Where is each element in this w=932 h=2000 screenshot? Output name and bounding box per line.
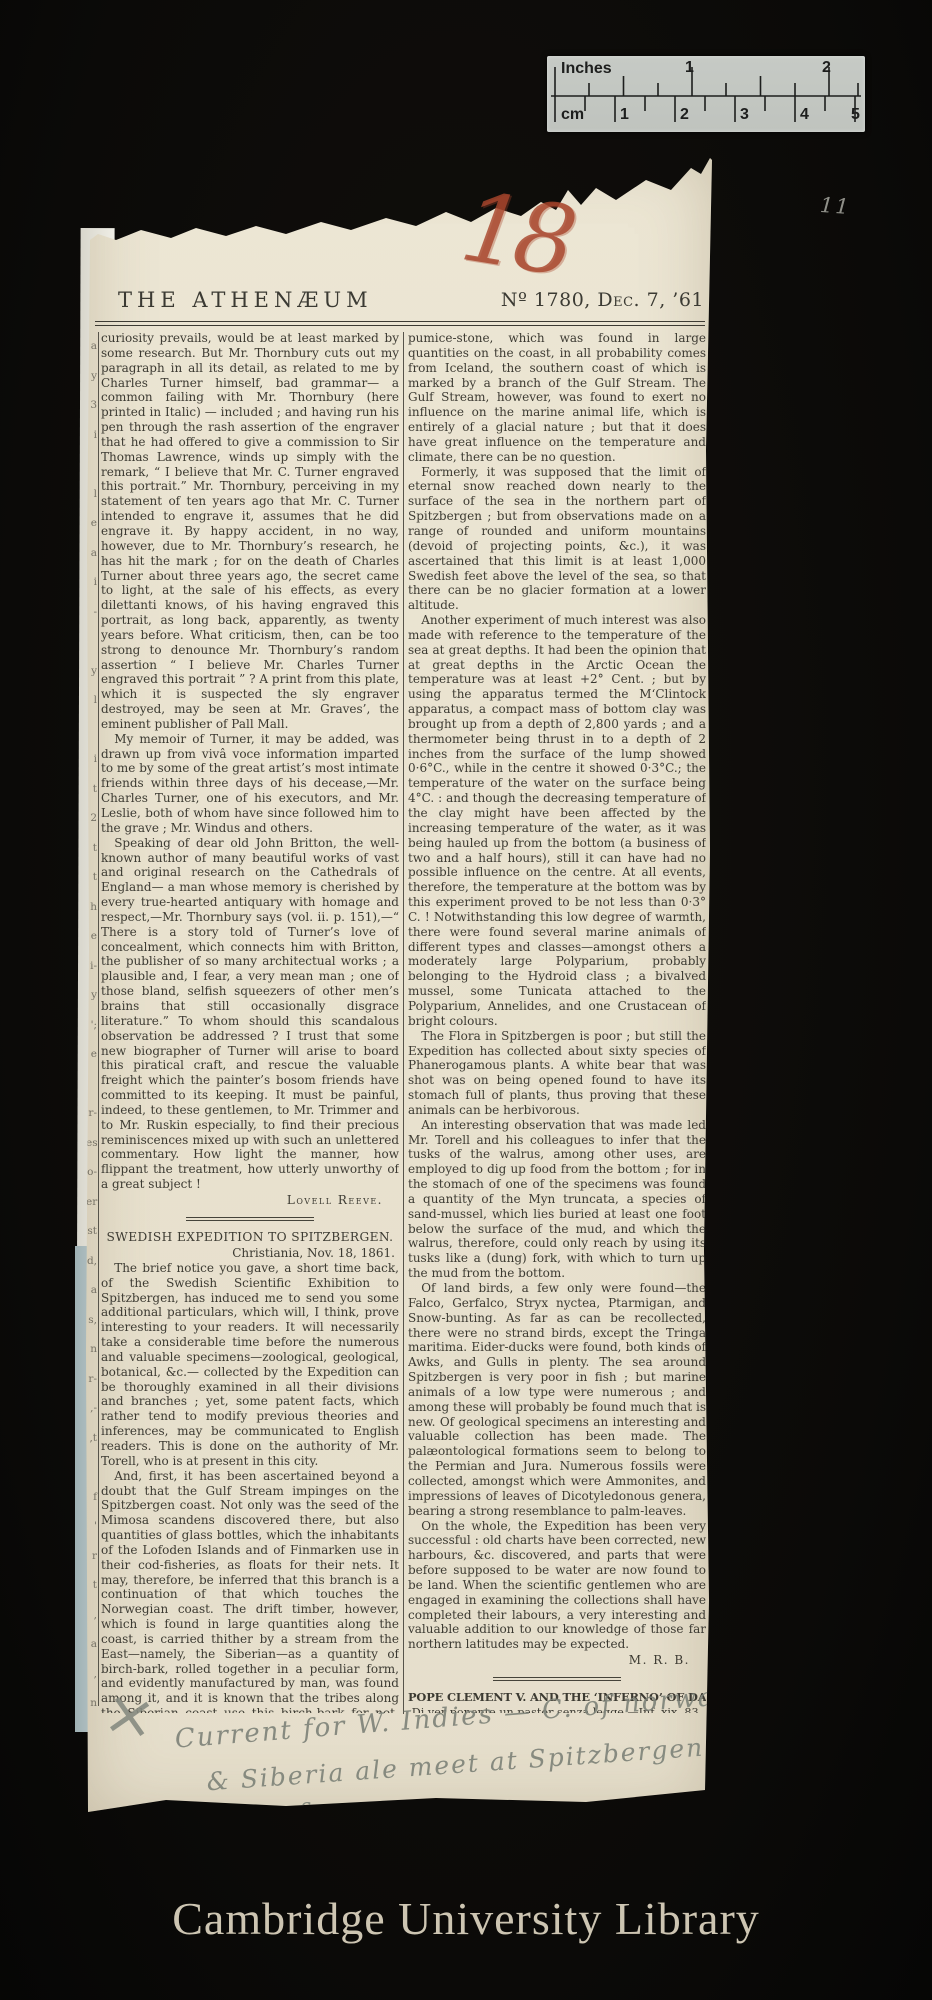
ruler-cm-4: 4 <box>800 106 809 124</box>
section-heading-swedish-expedition: SWEDISH EXPEDITION TO SPITZBERGEN. <box>101 1230 399 1245</box>
dateline-christiania: Christiania, Nov. 18, 1861. <box>101 1246 399 1261</box>
pencil-cross-mark: × <box>98 1674 162 1755</box>
ruler-cm-5: 5 <box>851 106 860 124</box>
paragraph: And, first, it has been ascertained beyo… <box>101 1469 399 1713</box>
paragraph: On the whole, the Expedition has been ve… <box>408 1519 706 1653</box>
left-column: curiosity prevails, would be at least ma… <box>101 331 399 1713</box>
paragraph: The Flora in Spitzbergen is poor ; but s… <box>408 1029 706 1118</box>
ruler-cm-3: 3 <box>740 106 749 124</box>
ruler-cm-2: 2 <box>680 106 689 124</box>
red-crayon-number: 18 <box>454 170 576 297</box>
paragraph: Formerly, it was supposed that the limit… <box>408 465 706 613</box>
ruler: Inches cm 1 2 1 2 3 4 5 <box>547 56 865 132</box>
paragraph: Speaking of dear old John Britton, the w… <box>101 836 399 1192</box>
column-divider-rule <box>403 332 404 1714</box>
section-separator-rule <box>186 1217 314 1221</box>
pencil-annotation-line-3: &c <box>297 1796 330 1823</box>
newspaper-page: a y 3 i l e a i - y l i t 2 t t h e i- y… <box>86 150 712 1818</box>
folio-number-annotation: 11 <box>819 193 851 219</box>
paragraph: curiosity prevails, would be at least ma… <box>101 331 399 732</box>
ruler-cm-label: cm <box>561 106 584 124</box>
ruler-inch-1: 1 <box>685 59 694 77</box>
masthead-title: THE ATHENÆUM <box>118 288 373 312</box>
ruler-cm-1: 1 <box>620 106 629 124</box>
section-separator-rule <box>493 1677 621 1681</box>
ruler-inch-2: 2 <box>822 59 831 77</box>
signature-mrb: M. R. B. <box>408 1653 706 1668</box>
paragraph: pumice-stone, which was found in large q… <box>408 331 706 465</box>
signature-lovell-reeve: Lovell Reeve. <box>101 1193 399 1208</box>
paragraph: An interesting observation that was made… <box>408 1118 706 1281</box>
ruler-inches-label: Inches <box>561 60 612 78</box>
left-column-rule <box>98 332 99 1706</box>
photo-background: Inches cm 1 2 1 2 3 4 5 11 a y 3 i l e a… <box>0 0 932 2000</box>
paragraph: The brief notice you gave, a short time … <box>101 1261 399 1469</box>
paragraph: Another experiment of much interest was … <box>408 613 706 1029</box>
paragraph: My memoir of Turner, it may be added, wa… <box>101 732 399 836</box>
right-column: pumice-stone, which was found in large q… <box>408 331 706 1713</box>
paragraph: Of land birds, a few only were found—the… <box>408 1281 706 1519</box>
masthead-double-rule <box>95 321 705 326</box>
library-caption: Cambridge University Library <box>0 1892 932 1945</box>
